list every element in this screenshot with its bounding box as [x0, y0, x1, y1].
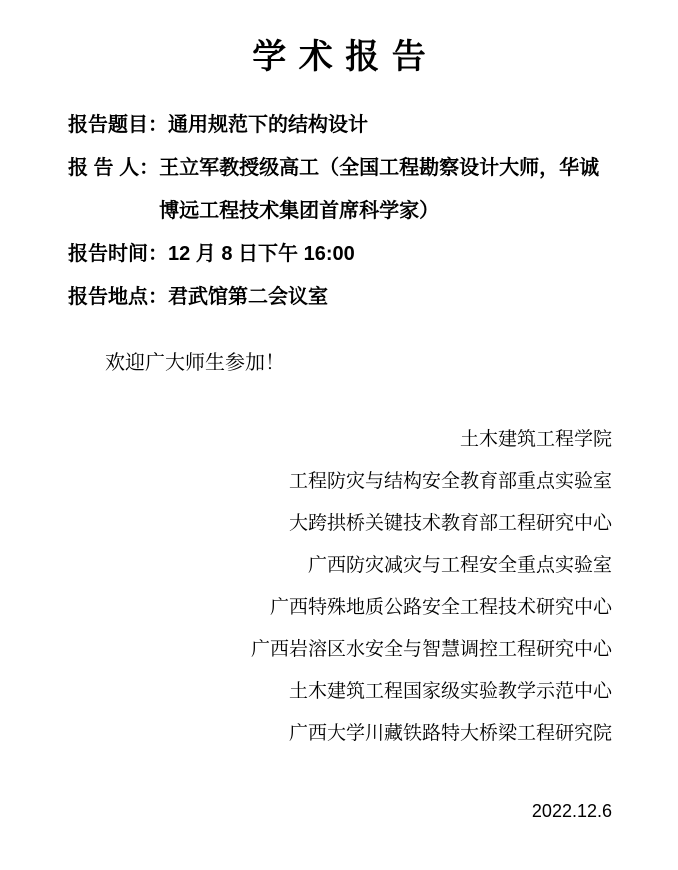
report-venue-label: 报告地点： [68, 276, 168, 319]
organization-item: 广西特殊地质公路安全工程技术研究中心 [68, 587, 612, 629]
organization-item: 广西岩溶区水安全与智慧调控工程研究中心 [68, 629, 612, 671]
document-title: 学 术 报 告 [68, 36, 612, 80]
report-info-block: 报告题目： 通用规范下的结构设计 报 告 人： 王立军教授级高工（全国工程勘察设… [68, 104, 612, 319]
organization-item: 土木建筑工程国家级实验教学示范中心 [68, 671, 612, 713]
report-time-value: 12 月 8 日下午 16:00 [168, 233, 612, 276]
report-topic-label: 报告题目： [68, 104, 168, 147]
report-time-label: 报告时间： [68, 233, 168, 276]
organization-item: 广西防灾减灾与工程安全重点实验室 [68, 545, 612, 587]
report-venue-value: 君武馆第二会议室 [168, 276, 612, 319]
organization-item: 工程防灾与结构安全教育部重点实验室 [68, 461, 612, 503]
organization-item: 大跨拱桥关键技术教育部工程研究中心 [68, 503, 612, 545]
welcome-text: 欢迎广大师生参加！ [68, 349, 612, 377]
report-speaker-row: 报 告 人： 王立军教授级高工（全国工程勘察设计大师，华诚博远工程技术集团首席科… [68, 147, 612, 233]
document-date: 2022.12.6 [68, 799, 612, 823]
report-topic-row: 报告题目： 通用规范下的结构设计 [68, 104, 612, 147]
organization-item: 广西大学川藏铁路特大桥梁工程研究院 [68, 713, 612, 755]
document-page: 学 术 报 告 报告题目： 通用规范下的结构设计 报 告 人： 王立军教授级高工… [0, 0, 678, 870]
report-venue-row: 报告地点： 君武馆第二会议室 [68, 276, 612, 319]
organization-item: 土木建筑工程学院 [68, 419, 612, 461]
organization-list: 土木建筑工程学院 工程防灾与结构安全教育部重点实验室 大跨拱桥关键技术教育部工程… [68, 419, 612, 755]
report-speaker-value: 王立军教授级高工（全国工程勘察设计大师，华诚博远工程技术集团首席科学家） [159, 147, 612, 233]
report-time-row: 报告时间： 12 月 8 日下午 16:00 [68, 233, 612, 276]
report-speaker-label: 报 告 人： [68, 147, 159, 190]
report-topic-value: 通用规范下的结构设计 [168, 104, 612, 147]
